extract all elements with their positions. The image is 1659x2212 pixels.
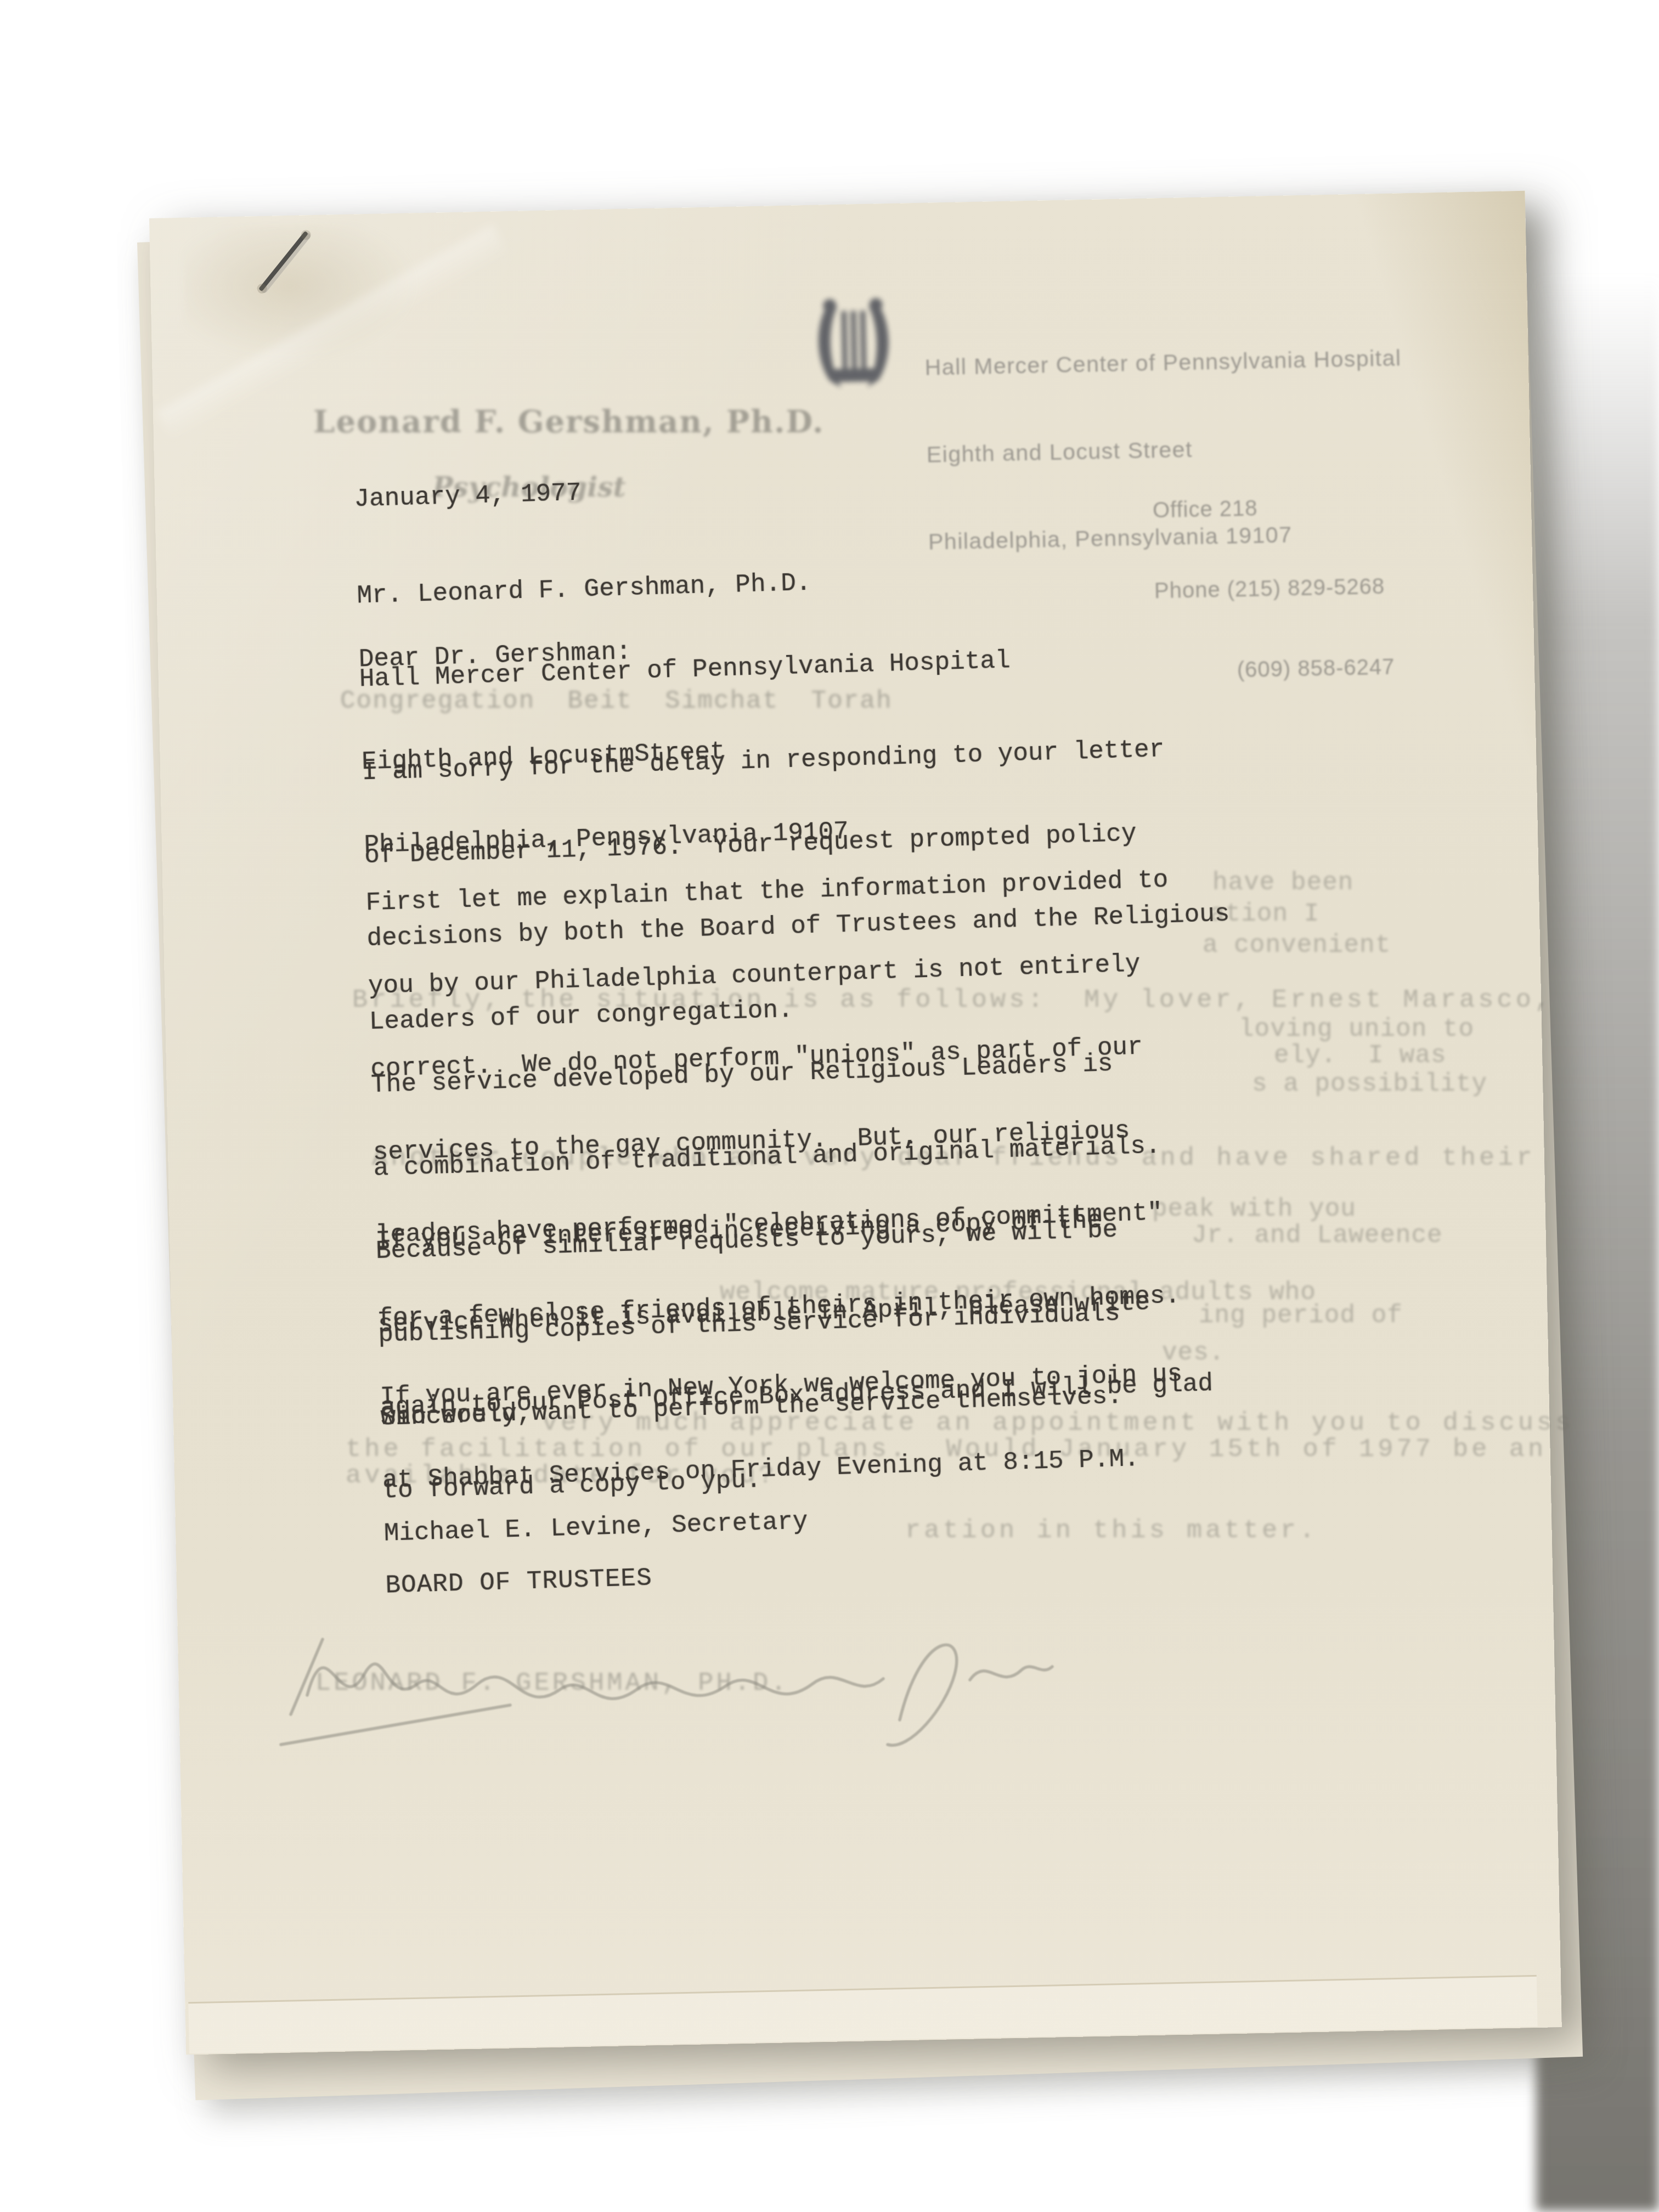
- body-line: First let me explain that the informatio…: [365, 866, 1169, 915]
- body-line: at Shabbat Services on Friday Evening at…: [382, 1443, 1185, 1492]
- recipient-line: Mr. Leonard F. Gershman, Ph.D.: [357, 563, 1008, 608]
- body-line: If you are interested in receiving a cop…: [375, 1203, 1209, 1253]
- letter-paper: Hall Mercer Center of Pennsylvania Hospi…: [149, 191, 1562, 2055]
- signer-org: BOARD OF TRUSTEES: [385, 1564, 653, 1600]
- closing: Sincerely,: [380, 1400, 532, 1432]
- photo-stage: Hall Mercer Center of Pennsylvania Hospi…: [0, 0, 1659, 2212]
- body-line: you by our Philadelphia counterpart is n…: [368, 949, 1171, 998]
- body-line: The service developed by our Religious L…: [371, 1048, 1159, 1097]
- letter-date: January 4, 1977: [354, 479, 582, 514]
- typed-letter-body: January 4, 1977 Mr. Leonard F. Gershman,…: [147, 180, 1575, 2056]
- body-line: I am sorry for the delay in responding t…: [362, 733, 1225, 785]
